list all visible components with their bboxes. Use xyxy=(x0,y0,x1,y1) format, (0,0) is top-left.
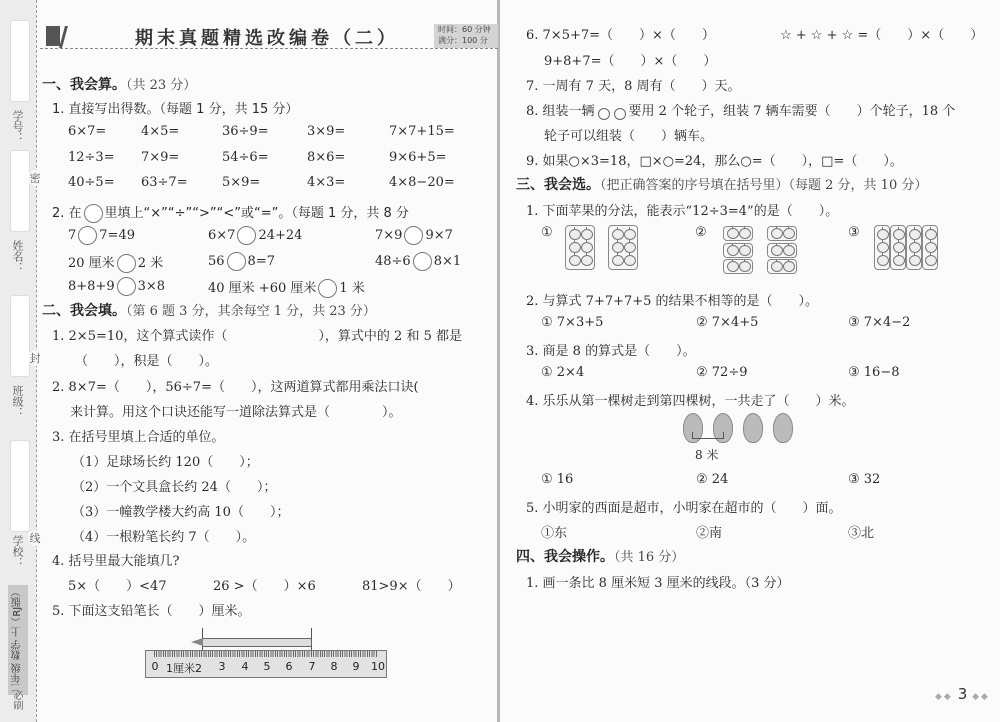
fill-q5-label[interactable]: 5. 下面这支铅笔长（ ）厘米。 xyxy=(52,600,251,619)
choice-option[interactable]: ① 16 xyxy=(541,472,573,487)
bicycle-icon xyxy=(598,104,626,120)
apple-group-icon xyxy=(767,226,797,241)
class-label: 班级： xyxy=(9,385,25,418)
section-4-title: 四、我会操作。 xyxy=(516,549,614,565)
section-2-title: 二、我会填。 xyxy=(42,303,126,319)
calc-item[interactable]: 7×9= xyxy=(141,150,179,165)
q2-label: 2. 在里填上“×”“÷”“>”“<”或“=”。（每题 1 分，共 8 分 xyxy=(52,202,409,223)
calc-item[interactable]: 7×7+15= xyxy=(389,124,455,139)
apple-group-icon xyxy=(874,225,890,270)
unit-item[interactable]: （1）足球场长约 120（ ）； xyxy=(72,451,259,470)
ruler-icon: 0 1厘米2 3 4 5 6 7 8 9 10 xyxy=(145,650,387,678)
section-1-title: 一、我会算。 xyxy=(42,77,126,93)
calc-item[interactable]: 36÷9= xyxy=(222,124,269,139)
choice-option[interactable]: ③ 16−8 xyxy=(848,365,900,380)
choice-option[interactable]: ② 72÷9 xyxy=(696,365,748,380)
apple-group-icon xyxy=(723,243,753,258)
apple-group-icon xyxy=(565,225,595,270)
apple-group-icon xyxy=(922,225,938,270)
compare-circle[interactable] xyxy=(404,226,423,245)
choice-q5[interactable]: 5. 小明家的西面是超市，小明家在超市的（ ）面。 xyxy=(526,497,842,516)
choice-q3[interactable]: 3. 商是 8 的算式是（ ）。 xyxy=(526,340,696,359)
compare-item[interactable]: 8+8+93×8 xyxy=(68,277,165,296)
unit-item[interactable]: （4）一根粉笔长约 7（ ）。 xyxy=(72,526,255,545)
name-label: 姓名： xyxy=(9,240,25,273)
fill-q6-a[interactable]: 6. 7×5+7=（ ）×（ ） xyxy=(526,24,715,43)
calc-item[interactable]: 63÷7= xyxy=(141,175,188,190)
compare-circle[interactable] xyxy=(237,226,256,245)
choice-q2[interactable]: 2. 与算式 7+7+7+5 的结果不相等的是（ ）。 xyxy=(526,290,818,309)
calc-item[interactable]: 5×9= xyxy=(222,175,260,190)
compare-circle[interactable] xyxy=(227,252,246,271)
compare-item[interactable]: 6×724+24 xyxy=(208,226,302,245)
cut-mark-feng: 封 xyxy=(28,350,42,366)
section-4-heading: 四、我会操作。（共 16 分） xyxy=(516,546,684,566)
full-score: 满分：100 分 xyxy=(438,35,498,46)
operation-q1[interactable]: 1. 画一条比 8 厘米短 3 厘米的线段。（3 分） xyxy=(526,572,790,591)
choice-option[interactable]: ③ 32 xyxy=(848,472,880,487)
page-fold xyxy=(497,0,500,722)
calc-item[interactable]: 12÷3= xyxy=(68,150,115,165)
compare-circle[interactable] xyxy=(78,226,97,245)
fill-q7[interactable]: 7. 一周有 7 天，8 周有（ ）天。 xyxy=(526,75,740,94)
fill-q6-b[interactable]: ☆ + ☆ + ☆ =（ ）×（ ） xyxy=(780,24,983,43)
apple-group-icon xyxy=(723,226,753,241)
compare-item[interactable]: 20 厘米2 米 xyxy=(68,252,163,273)
tree-icon xyxy=(743,413,763,443)
time-score-badge: 时间：60 分钟 满分：100 分 xyxy=(434,24,498,48)
apple-group-icon xyxy=(767,259,797,274)
student-id-label: 学号： xyxy=(9,110,25,143)
compare-circle[interactable] xyxy=(117,254,136,273)
apple-group-icon xyxy=(723,259,753,274)
section-1-note: （共 23 分） xyxy=(126,78,196,93)
section-2-heading: 二、我会填。（第 6 题 3 分，其余每空 1 分，共 23 分） xyxy=(42,300,376,320)
section-1-heading: 一、我会算。（共 23 分） xyxy=(42,74,196,94)
calc-item[interactable]: 4×3= xyxy=(307,175,345,190)
calc-item[interactable]: 3×9= xyxy=(307,124,345,139)
exam-title: 期末真题精选改编卷（二） xyxy=(135,24,399,50)
fill-q8-line1[interactable]: 8. 组装一辆要用 2 个轮子，组装 7 辆车需要（ ）个轮子，18 个 xyxy=(526,100,955,120)
fill-q2-line2[interactable]: 来计算。用这个口诀还能写一道除法算式是（ ）。 xyxy=(70,401,402,420)
section-3-title: 三、我会选。 xyxy=(516,177,600,193)
choice-q4[interactable]: 4. 乐乐从第一棵树走到第四棵树，一共走了（ ）米。 xyxy=(526,390,855,409)
choice-option[interactable]: ③ 7×4−2 xyxy=(848,315,910,330)
apple-option-2-label[interactable]: ② xyxy=(695,225,707,240)
fill-q1-line1[interactable]: 1. 2×5=10，这个算式读作（ ），算式中的 2 和 5 都是 xyxy=(52,325,462,344)
apple-group-icon xyxy=(906,225,922,270)
section-3-heading: 三、我会选。（把正确答案的序号填在括号里）（每题 2 分，共 10 分） xyxy=(516,174,927,194)
fill-q8-line2[interactable]: 轮子可以组装（ ）辆车。 xyxy=(544,125,713,144)
distance-label: 8 米 xyxy=(695,446,718,463)
calc-item[interactable]: 4×5= xyxy=(141,124,179,139)
compare-item[interactable]: 48÷68×1 xyxy=(375,252,461,271)
apple-group-icon xyxy=(608,225,638,270)
fill-q3-label: 3. 在括号里填上合适的单位。 xyxy=(52,426,225,445)
apple-group-icon xyxy=(890,225,906,270)
fill-q6-c[interactable]: 9+8+7=（ ）×（ ） xyxy=(544,50,716,69)
calc-item[interactable]: 4×8−20= xyxy=(389,175,455,190)
cut-mark-mi: 密 xyxy=(28,170,42,186)
choice-option[interactable]: ③北 xyxy=(848,522,874,541)
brand-logo: 必刷 xyxy=(9,690,24,710)
compare-item[interactable]: 568=7 xyxy=(208,252,275,271)
q1-label: 1. 直接写出得数。（每题 1 分，共 15 分） xyxy=(52,98,298,117)
title-decoration-icon xyxy=(46,26,60,46)
fill-q4-label: 4. 括号里最大能填几? xyxy=(52,550,180,569)
compare-item[interactable]: 7×99×7 xyxy=(375,226,453,245)
unit-item[interactable]: （2）一个文具盒长约 24（ ）； xyxy=(72,476,276,495)
title-slash-icon xyxy=(59,26,68,48)
choice-option[interactable]: ② 24 xyxy=(696,472,728,487)
calc-item[interactable]: 54÷6= xyxy=(222,150,269,165)
exam-header: 期末真题精选改编卷（二） 时间：60 分钟 满分：100 分 xyxy=(40,22,498,49)
max-fill-item[interactable]: 81>9×（ ） xyxy=(362,575,461,594)
calc-item[interactable]: 8×6= xyxy=(307,150,345,165)
apple-option-1-label[interactable]: ① xyxy=(541,225,553,240)
choice-q1[interactable]: 1. 下面苹果的分法，能表示“12÷3=4”的是（ ）。 xyxy=(526,200,838,219)
school-label: 学校： xyxy=(9,535,25,568)
choice-option[interactable]: ②南 xyxy=(696,522,722,541)
time-limit: 时间：60 分钟 xyxy=(438,24,498,35)
apple-option-3-label[interactable]: ③ xyxy=(848,225,860,240)
compare-circle[interactable] xyxy=(117,277,136,296)
fill-q1-line2[interactable]: （ ），积是（ ）。 xyxy=(75,350,218,369)
section-2-note: （第 6 题 3 分，其余每空 1 分，共 23 分） xyxy=(126,304,376,319)
section-4-note: （共 16 分） xyxy=(614,550,684,565)
pencil-icon xyxy=(202,638,312,647)
circle-blank-icon xyxy=(84,204,103,223)
name-box[interactable] xyxy=(10,150,30,232)
q2-label-a: 2. 在 xyxy=(52,206,82,221)
calc-item[interactable]: 40÷5= xyxy=(68,175,115,190)
pencil-ruler-figure: 0 1厘米2 3 4 5 6 7 8 9 10 xyxy=(145,628,390,678)
compare-circle[interactable] xyxy=(413,252,432,271)
unit-item[interactable]: （3）一幢教学楼大约高 10（ ）； xyxy=(72,501,289,520)
max-fill-item[interactable]: 26 >（ ）×6 xyxy=(213,575,316,594)
choice-option[interactable]: ① 7×3+5 xyxy=(541,315,603,330)
page-number: ◆◆ 3 ◆◆ xyxy=(935,685,990,703)
q2-label-b: 里填上“×”“÷”“>”“<”或“=”。（每题 1 分，共 8 分 xyxy=(105,206,409,221)
class-box[interactable] xyxy=(10,295,30,377)
choice-option[interactable]: ①东 xyxy=(541,522,567,541)
compare-circle[interactable] xyxy=(318,279,337,298)
tree-icon xyxy=(773,413,793,443)
fill-q2-line1[interactable]: 2. 8×7=（ ），56÷7=（ ），这两道算式都用乘法口诀( xyxy=(52,376,419,395)
calc-item[interactable]: 6×7= xyxy=(68,124,106,139)
fill-q9[interactable]: 9. 如果○×3=18，□×○=24，那么○=（ ），□=（ ）。 xyxy=(526,150,903,169)
distance-bracket-icon xyxy=(692,432,724,439)
compare-item[interactable]: 77=49 xyxy=(68,226,135,245)
choice-option[interactable]: ② 7×4+5 xyxy=(696,315,758,330)
cut-mark-xian: 线 xyxy=(28,530,42,546)
school-box[interactable] xyxy=(10,440,30,532)
student-id-box[interactable] xyxy=(10,20,30,102)
calc-item[interactable]: 9×6+5= xyxy=(389,150,447,165)
section-3-note: （把正确答案的序号填在括号里）（每题 2 分，共 10 分） xyxy=(600,178,927,193)
max-fill-item[interactable]: 5×（ ）<47 xyxy=(68,575,167,594)
choice-option[interactable]: ① 2×4 xyxy=(541,365,584,380)
grade-subject-strip: 二年级 数学 上（RJ版） xyxy=(8,585,28,695)
compare-item[interactable]: 40 厘米 +60 厘米1 米 xyxy=(208,277,365,298)
apple-group-icon xyxy=(767,243,797,258)
